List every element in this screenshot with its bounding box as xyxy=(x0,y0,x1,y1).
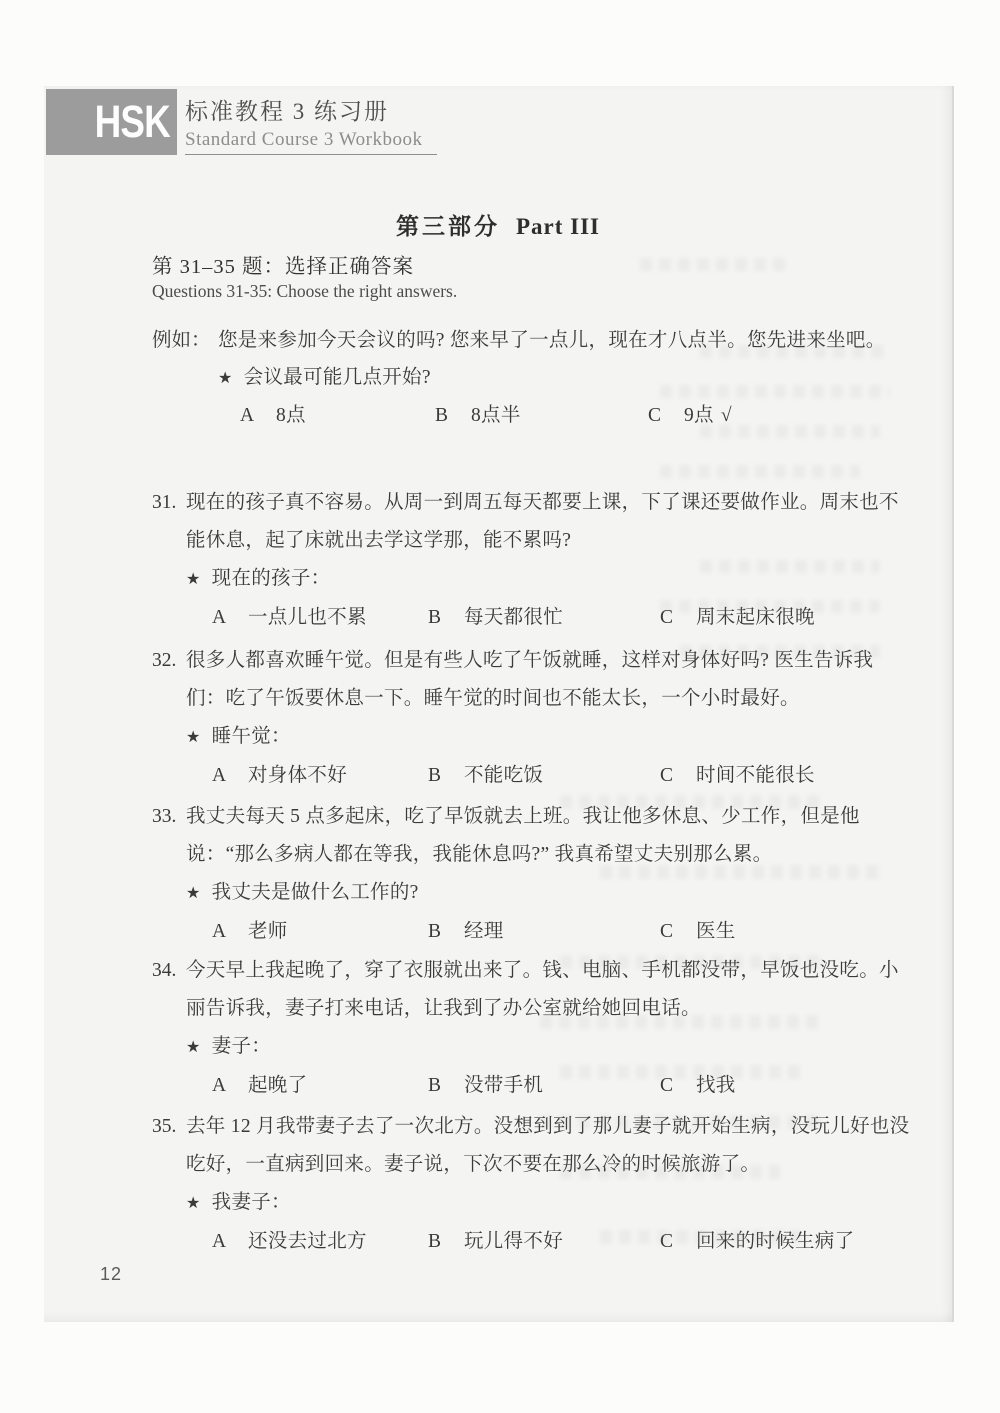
option-c: C周末起床很晚 xyxy=(660,599,815,637)
option-letter: C xyxy=(660,599,696,637)
option-c: C医生 xyxy=(660,913,736,951)
question-number: 31. xyxy=(152,484,186,560)
workbook-page: HSK 标准教程 3 练习册 Standard Course 3 Workboo… xyxy=(44,86,954,1322)
option-letter: A xyxy=(212,1067,248,1105)
option-b: B经理 xyxy=(428,913,660,951)
option-letter: A xyxy=(212,913,248,951)
question-prompt: 我丈夫是做什么工作的? xyxy=(212,874,419,912)
option-letter: C xyxy=(660,913,696,951)
option-text: 不能吃饭 xyxy=(464,765,543,786)
option-a: A一点儿也不累 xyxy=(212,599,428,637)
option-text: 没带手机 xyxy=(464,1075,543,1096)
question-block-34: 34. 今天早上我起晚了，穿了衣服就出来了。钱、电脑、手机都没带，早饭也没吃。小… xyxy=(152,952,910,1105)
question-block-31: 31. 现在的孩子真不容易。从周一到周五每天都要上课，下了课还要做作业。周末也不… xyxy=(152,484,910,637)
example-block: 例如： 您是来参加今天会议的吗? 您来早了一点儿，现在才八点半。您先进来坐吧。 … xyxy=(152,322,910,434)
option-text: 9点 xyxy=(684,405,714,426)
option-text: 时间不能很长 xyxy=(696,765,815,786)
star-icon: ★ xyxy=(218,360,233,397)
star-icon: ★ xyxy=(186,1029,201,1067)
question-prompt: 我妻子： xyxy=(212,1184,291,1222)
option-text: 医生 xyxy=(696,921,736,942)
option-c: C回来的时候生病了 xyxy=(660,1223,854,1261)
example-options: A8点 B8点半 C9点√ xyxy=(240,397,910,434)
option-a: A起晚了 xyxy=(212,1067,428,1105)
option-c: C时间不能很长 xyxy=(660,757,815,795)
series-header: 标准教程 3 练习册 Standard Course 3 Workbook xyxy=(185,93,437,155)
option-text: 8点 xyxy=(276,405,306,426)
question-number: 32. xyxy=(152,642,186,718)
example-prompt: 会议最可能几点开始? xyxy=(244,359,431,396)
star-icon: ★ xyxy=(186,875,201,913)
bleed-through-artifact xyxy=(660,465,860,478)
question-passage: 我丈夫每天 5 点多起床，吃了早饭就去上班。我让他多休息、少工作，但是他说：“那… xyxy=(186,798,910,874)
question-options: A还没去过北方 B玩儿得不好 C回来的时候生病了 xyxy=(212,1223,910,1261)
option-b: B不能吃饭 xyxy=(428,757,660,795)
option-text: 找我 xyxy=(696,1075,736,1096)
option-text: 还没去过北方 xyxy=(248,1231,367,1252)
question-number: 33. xyxy=(152,798,186,874)
option-b: B玩儿得不好 xyxy=(428,1223,660,1261)
option-letter: A xyxy=(212,1223,248,1261)
hsk-logo-box: HSK xyxy=(46,89,177,155)
option-a: A还没去过北方 xyxy=(212,1223,428,1261)
option-c: C找我 xyxy=(660,1067,736,1105)
question-options: A老师 B经理 C医生 xyxy=(212,913,910,951)
question-number: 35. xyxy=(152,1108,186,1184)
option-text: 玩儿得不好 xyxy=(464,1231,563,1252)
option-letter: A xyxy=(240,397,276,434)
question-prompt: 现在的孩子： xyxy=(212,560,331,598)
option-b: B8点半 xyxy=(435,397,648,434)
question-passage: 很多人都喜欢睡午觉。但是有些人吃了午饭就睡，这样对身体好吗? 医生告诉我们：吃了… xyxy=(186,642,910,718)
option-letter: A xyxy=(212,757,248,795)
option-text: 起晚了 xyxy=(248,1075,307,1096)
question-passage: 去年 12 月我带妻子去了一次北方。没想到到了那儿妻子就开始生病，没玩儿好也没吃… xyxy=(186,1108,910,1184)
option-text: 回来的时候生病了 xyxy=(696,1231,854,1252)
hsk-logo: HSK xyxy=(95,96,170,148)
instructions-en: Questions 31-35: Choose the right answer… xyxy=(152,281,457,302)
question-number: 34. xyxy=(152,952,186,1028)
question-block-32: 32. 很多人都喜欢睡午觉。但是有些人吃了午饭就睡，这样对身体好吗? 医生告诉我… xyxy=(152,642,910,795)
question-prompt: 妻子： xyxy=(212,1028,271,1066)
page-number: 12 xyxy=(100,1264,122,1285)
option-text: 每天都很忙 xyxy=(464,607,563,628)
option-a: A老师 xyxy=(212,913,428,951)
option-c: C9点√ xyxy=(648,397,732,434)
section-title-en: Part III xyxy=(516,214,600,239)
option-text: 一点儿也不累 xyxy=(248,607,367,628)
checkmark-icon: √ xyxy=(721,405,732,426)
question-options: A对身体不好 B不能吃饭 C时间不能很长 xyxy=(212,757,910,795)
question-block-35: 35. 去年 12 月我带妻子去了一次北方。没想到到了那儿妻子就开始生病，没玩儿… xyxy=(152,1108,910,1261)
instructions-cn: 第 31–35 题：选择正确答案 xyxy=(152,249,414,279)
bleed-through-artifact xyxy=(640,258,790,271)
option-letter: B xyxy=(435,397,471,434)
star-icon: ★ xyxy=(186,561,201,599)
option-b: B每天都很忙 xyxy=(428,599,660,637)
section-title-cn: 第三部分 xyxy=(396,214,500,239)
question-passage: 今天早上我起晚了，穿了衣服就出来了。钱、电脑、手机都没带，早饭也没吃。小丽告诉我… xyxy=(186,952,910,1028)
star-icon: ★ xyxy=(186,1185,201,1223)
option-letter: C xyxy=(660,1223,696,1261)
option-letter: B xyxy=(428,913,464,951)
option-text: 老师 xyxy=(248,921,288,942)
section-title: 第三部分Part III xyxy=(44,208,952,241)
question-prompt: 睡午觉： xyxy=(212,718,291,756)
option-text: 8点半 xyxy=(471,405,521,426)
option-letter: B xyxy=(428,599,464,637)
option-letter: B xyxy=(428,757,464,795)
option-text: 对身体不好 xyxy=(248,765,347,786)
option-text: 周末起床很晚 xyxy=(696,607,815,628)
series-title-en: Standard Course 3 Workbook xyxy=(185,129,437,155)
option-b: B没带手机 xyxy=(428,1067,660,1105)
option-letter: C xyxy=(660,757,696,795)
option-letter: C xyxy=(660,1067,696,1105)
question-block-33: 33. 我丈夫每天 5 点多起床，吃了早饭就去上班。我让他多休息、少工作，但是他… xyxy=(152,798,910,951)
option-letter: B xyxy=(428,1223,464,1261)
option-a: A8点 xyxy=(240,397,435,434)
example-passage: 您是来参加今天会议的吗? 您来早了一点儿，现在才八点半。您先进来坐吧。 xyxy=(218,322,886,359)
series-title-cn: 标准教程 3 练习册 xyxy=(185,93,437,126)
star-icon: ★ xyxy=(186,719,201,757)
example-label: 例如： xyxy=(152,322,218,359)
question-options: A起晚了 B没带手机 C找我 xyxy=(212,1067,910,1105)
question-passage: 现在的孩子真不容易。从周一到周五每天都要上课，下了课还要做作业。周末也不能休息，… xyxy=(186,484,910,560)
option-letter: A xyxy=(212,599,248,637)
option-letter: B xyxy=(428,1067,464,1105)
option-text: 经理 xyxy=(464,921,504,942)
option-letter: C xyxy=(648,397,684,434)
question-options: A一点儿也不累 B每天都很忙 C周末起床很晚 xyxy=(212,599,910,637)
option-a: A对身体不好 xyxy=(212,757,428,795)
